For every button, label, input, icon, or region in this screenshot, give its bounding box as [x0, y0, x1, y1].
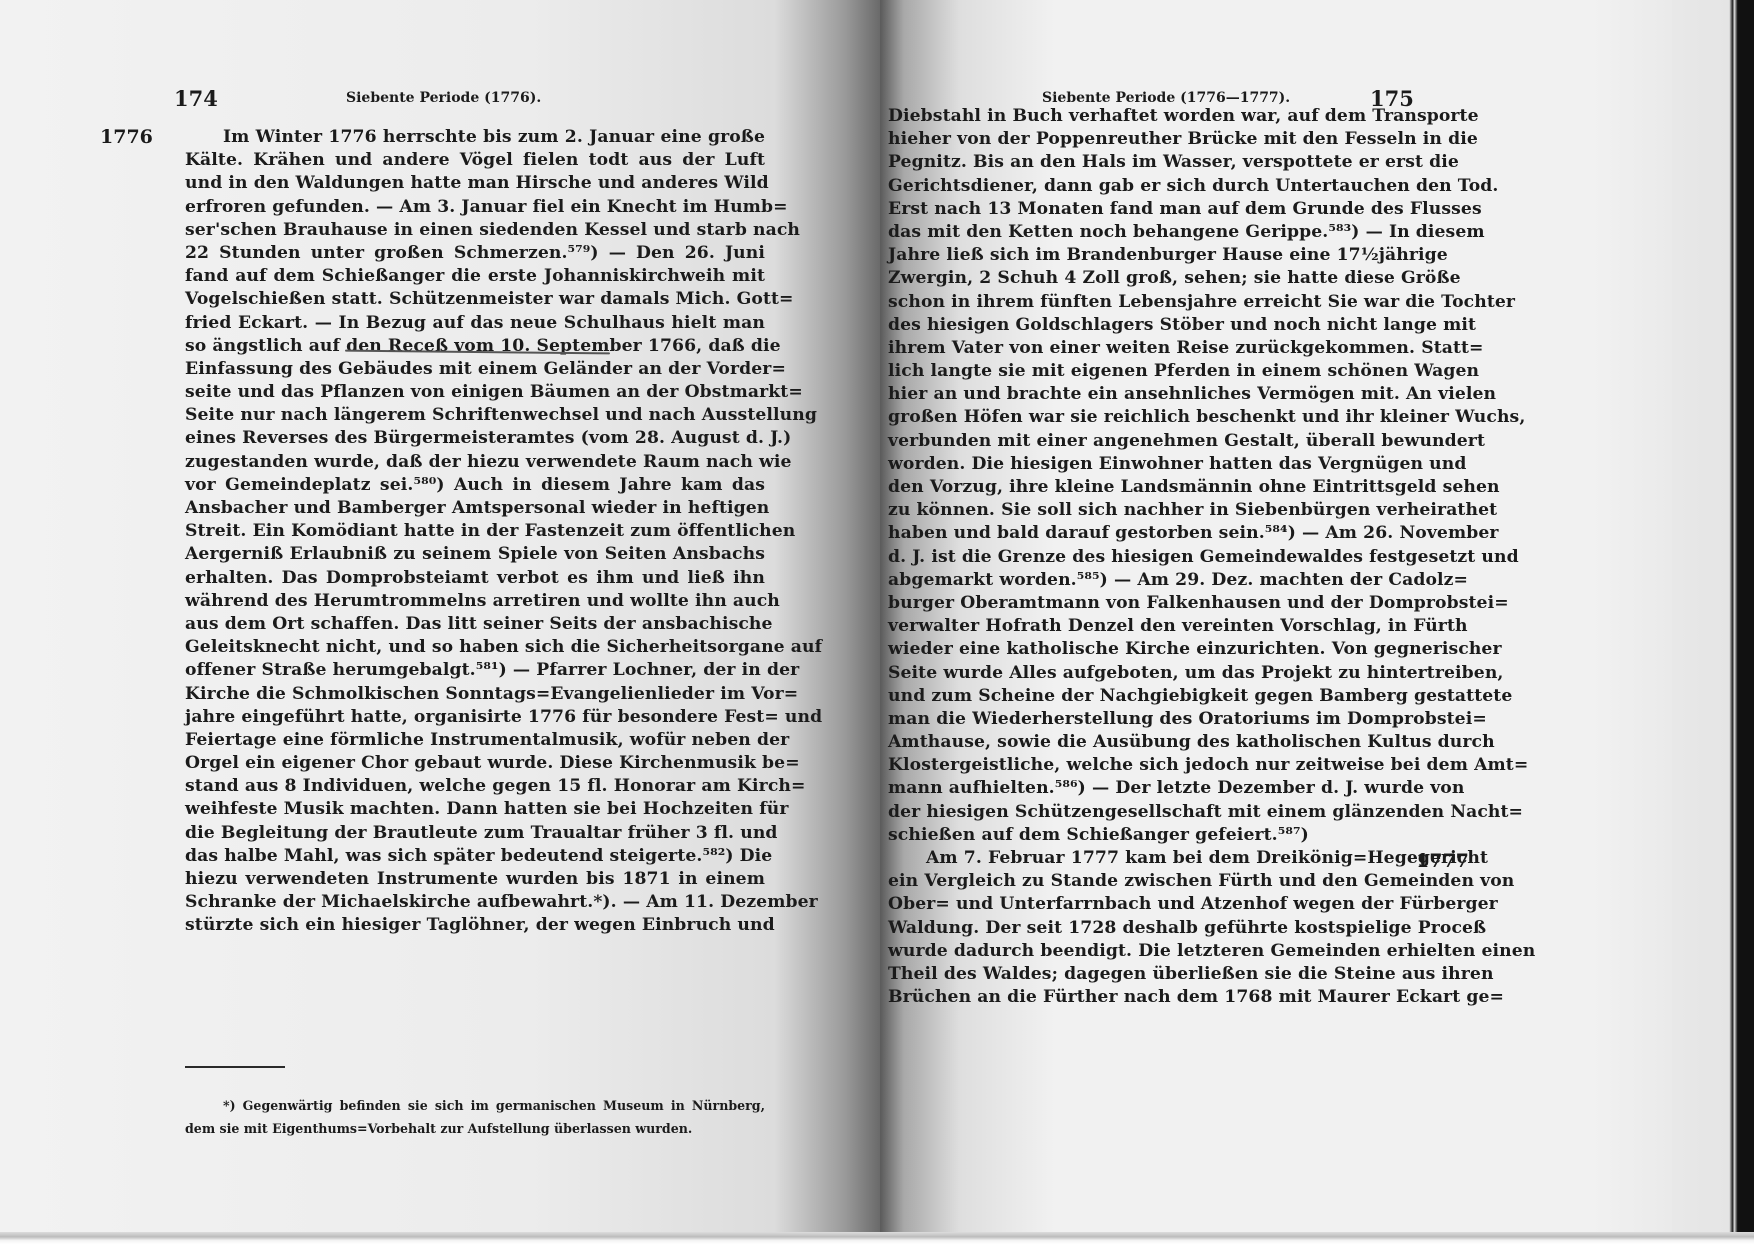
- text-line: vor Gemeindeplatz sei.⁵⁸⁰) Auch in diese…: [185, 474, 765, 497]
- book-spread: 174 Siebente Periode (1776). 1776 Im Win…: [0, 0, 1754, 1244]
- text-line: schon in ihrem fünften Lebensjahre errei…: [888, 291, 1408, 314]
- text-line: Erst nach 13 Monaten fand man auf dem Gr…: [888, 198, 1408, 221]
- text-line: seite und das Pflanzen von einigen Bäume…: [185, 381, 765, 404]
- text-line: die Begleitung der Brautleute zum Traual…: [185, 822, 765, 845]
- text-line: mann aufhielten.⁵⁸⁶) — Der letzte Dezemb…: [888, 777, 1408, 800]
- text-line: Waldung. Der seit 1728 deshalb geführte …: [888, 917, 1408, 940]
- text-line: erhalten. Das Domprobsteiamt verbot es i…: [185, 567, 765, 590]
- text-line: stürzte sich ein hiesiger Taglöhner, der…: [185, 914, 765, 937]
- text-line: Schranke der Michaelskirche aufbewahrt.*…: [185, 891, 765, 914]
- text-line: Zwergin, 2 Schuh 4 Zoll groß, sehen; sie…: [888, 267, 1408, 290]
- text-line: Streit. Ein Komödiant hatte in der Faste…: [185, 520, 765, 543]
- text-line: zu können. Sie soll sich nachher in Sieb…: [888, 499, 1408, 522]
- text-line: ein Vergleich zu Stande zwischen Fürth u…: [888, 870, 1408, 893]
- right-page-body: Diebstahl in Buch verhaftet worden war, …: [888, 105, 1408, 1009]
- text-line: das halbe Mahl, was sich später bedeuten…: [185, 845, 765, 868]
- footnote-rule: [185, 1066, 285, 1068]
- text-line: verbunden mit einer angenehmen Gestalt, …: [888, 430, 1408, 453]
- text-line: Seite nur nach längerem Schriftenwechsel…: [185, 404, 765, 427]
- text-line: fried Eckart. — In Bezug auf das neue Sc…: [185, 312, 765, 335]
- text-line: hier an und brachte ein ansehnliches Ver…: [888, 383, 1408, 406]
- margin-year: 1776: [100, 126, 153, 148]
- text-line: Kälte. Krähen und andere Vögel fielen to…: [185, 149, 765, 172]
- text-line: Im Winter 1776 herrschte bis zum 2. Janu…: [185, 126, 765, 149]
- text-line: hiezu verwendeten Instrumente wurden bis…: [185, 868, 765, 891]
- text-line: Gerichtsdiener, dann gab er sich durch U…: [888, 175, 1408, 198]
- text-line: Klostergeistliche, welche sich jedoch nu…: [888, 754, 1408, 777]
- text-line: großen Höfen war sie reichlich beschenkt…: [888, 406, 1408, 429]
- left-page-body: Im Winter 1776 herrschte bis zum 2. Janu…: [185, 126, 765, 938]
- text-line: eines Reverses des Bürgermeisteramtes (v…: [185, 427, 765, 450]
- text-line: Theil des Waldes; dagegen überließen sie…: [888, 963, 1408, 986]
- footnote-line: dem sie mit Eigenthums=Vorbehalt zur Auf…: [185, 1119, 765, 1142]
- text-line: haben und bald darauf gestorben sein.⁵⁸⁴…: [888, 522, 1408, 545]
- text-line: und zum Scheine der Nachgiebigkeit gegen…: [888, 685, 1408, 708]
- text-line: Kirche die Schmolkischen Sonntags=Evange…: [185, 683, 765, 706]
- left-page: 174 Siebente Periode (1776). 1776 Im Win…: [0, 0, 880, 1236]
- text-line: erfroren gefunden. — Am 3. Januar fiel e…: [185, 196, 765, 219]
- text-line: stand aus 8 Individuen, welche gegen 15 …: [185, 775, 765, 798]
- text-line: wieder eine katholische Kirche einzurich…: [888, 638, 1408, 661]
- text-line: lich langte sie mit eigenen Pferden in e…: [888, 360, 1408, 383]
- text-line: Geleitsknecht nicht, und so haben sich d…: [185, 636, 765, 659]
- text-line: Diebstahl in Buch verhaftet worden war, …: [888, 105, 1408, 128]
- text-line: verwalter Hofrath Denzel den vereinten V…: [888, 615, 1408, 638]
- book-bottom-edge: [0, 1232, 1754, 1244]
- text-line: so ängstlich auf den Receß vom 10. Septe…: [185, 335, 765, 358]
- text-line: das mit den Ketten noch behangene Geripp…: [888, 221, 1408, 244]
- text-line: und in den Waldungen hatte man Hirsche u…: [185, 172, 765, 195]
- text-line: 22 Stunden unter großen Schmerzen.⁵⁷⁹) —…: [185, 242, 765, 265]
- text-line: abgemarkt worden.⁵⁸⁵) — Am 29. Dez. mach…: [888, 569, 1408, 592]
- text-line: der hiesigen Schützengesellschaft mit ei…: [888, 801, 1408, 824]
- text-line: Ansbacher und Bamberger Amtspersonal wie…: [185, 497, 765, 520]
- text-line: worden. Die hiesigen Einwohner hatten da…: [888, 453, 1408, 476]
- book-edge: [1672, 0, 1754, 1244]
- running-title: Siebente Periode (1776—1777).: [1042, 90, 1290, 106]
- text-line: Vogelschießen statt. Schützenmeister war…: [185, 288, 765, 311]
- text-line: Orgel ein eigener Chor gebaut wurde. Die…: [185, 752, 765, 775]
- text-line: Am 7. Februar 1777 kam bei dem Dreikönig…: [888, 847, 1408, 870]
- text-line: hieher von der Poppenreuther Brücke mit …: [888, 128, 1408, 151]
- text-line: burger Oberamtmann von Falkenhausen und …: [888, 592, 1408, 615]
- text-line: schießen auf dem Schießanger gefeiert.⁵⁸…: [888, 824, 1408, 847]
- right-page: Siebente Periode (1776—1777). 175 Diebst…: [880, 0, 1672, 1236]
- text-line: des hiesigen Goldschlagers Stöber und no…: [888, 314, 1408, 337]
- text-line: Seite wurde Alles aufgeboten, um das Pro…: [888, 662, 1408, 685]
- margin-year: 1777: [1416, 850, 1469, 872]
- running-title: Siebente Periode (1776).: [346, 90, 541, 106]
- text-line: ser'schen Brauhause in einen siedenden K…: [185, 219, 765, 242]
- left-page-header: 174 Siebente Periode (1776).: [0, 86, 880, 116]
- text-line: während des Herumtrommelns arretiren und…: [185, 590, 765, 613]
- text-line: weihfeste Musik machten. Dann hatten sie…: [185, 798, 765, 821]
- text-line: Aergerniß Erlaubniß zu seinem Spiele von…: [185, 543, 765, 566]
- text-line: Brüchen an die Fürther nach dem 1768 mit…: [888, 986, 1408, 1009]
- footnote-line: *) Gegenwärtig befinden sie sich im germ…: [185, 1096, 765, 1119]
- text-line: Amthause, sowie die Ausübung des katholi…: [888, 731, 1408, 754]
- text-line: ihrem Vater von einer weiten Reise zurüc…: [888, 337, 1408, 360]
- text-line: Pegnitz. Bis an den Hals im Wasser, vers…: [888, 151, 1408, 174]
- text-line: jahre eingeführt hatte, organisirte 1776…: [185, 706, 765, 729]
- text-line: Einfassung des Gebäudes mit einem Geländ…: [185, 358, 765, 381]
- text-line: wurde dadurch beendigt. Die letzteren Ge…: [888, 940, 1408, 963]
- text-line: Ober= und Unterfarrnbach und Atzenhof we…: [888, 893, 1408, 916]
- text-line: fand auf dem Schießanger die erste Johan…: [185, 265, 765, 288]
- text-line: aus dem Ort schaffen. Das litt seiner Se…: [185, 613, 765, 636]
- footnote: *) Gegenwärtig befinden sie sich im germ…: [185, 1096, 765, 1142]
- text-line: zugestanden wurde, daß der hiezu verwend…: [185, 451, 765, 474]
- text-line: Feiertage eine förmliche Instrumentalmus…: [185, 729, 765, 752]
- page-number: 174: [174, 86, 218, 111]
- text-line: d. J. ist die Grenze des hiesigen Gemein…: [888, 546, 1408, 569]
- text-line: Jahre ließ sich im Brandenburger Hause e…: [888, 244, 1408, 267]
- text-line: offener Straße herumgebalgt.⁵⁸¹) — Pfarr…: [185, 659, 765, 682]
- text-line: den Vorzug, ihre kleine Landsmännin ohne…: [888, 476, 1408, 499]
- text-line: man die Wiederherstellung des Oratoriums…: [888, 708, 1408, 731]
